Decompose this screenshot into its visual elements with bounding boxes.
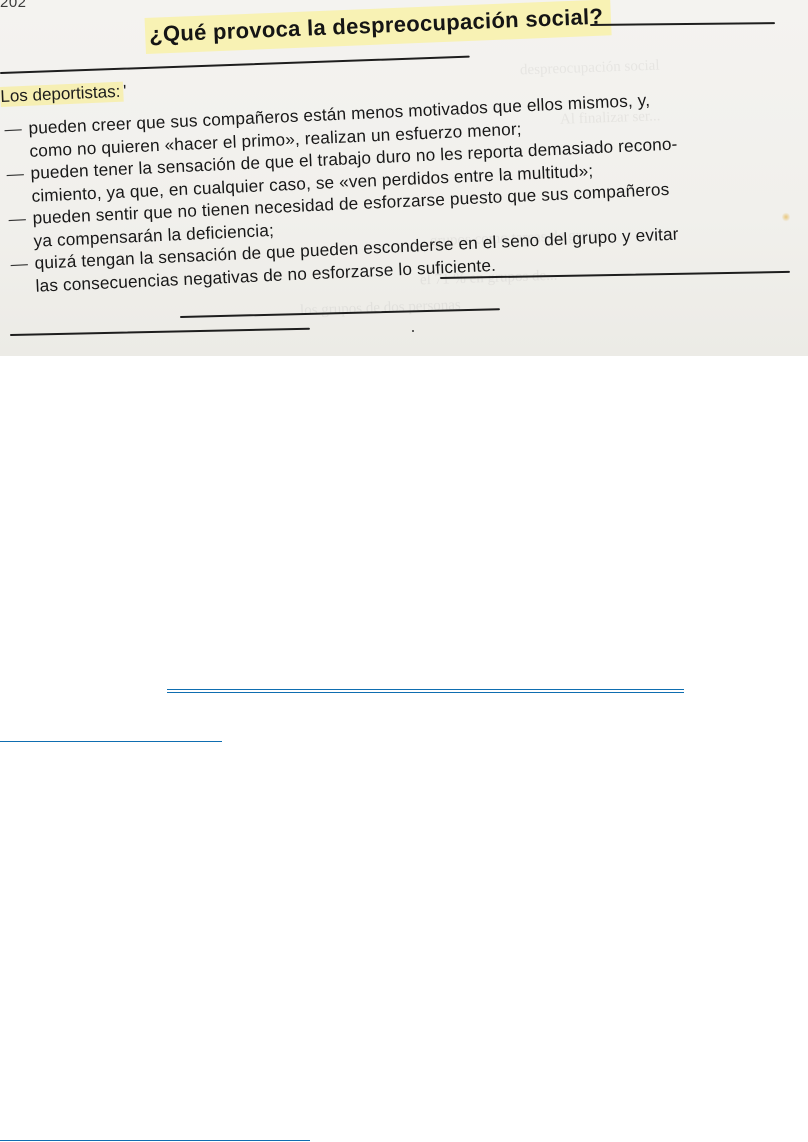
scanned-page-image: despreocupación social Al finalizar ser.… [0,0,808,356]
intro-mark: ' [123,81,130,101]
link-underline [167,692,684,693]
title-rule-right [590,22,775,25]
dash-bullet-icon: — [6,162,24,185]
bleed-through-text: los grupos de dos personas [300,297,461,320]
smudge [782,212,790,222]
intro-label: Los deportistas: [0,82,124,107]
bleed-through-text: despreocupación social [520,58,660,80]
dash-bullet-icon: — [8,207,26,230]
box-bottom-rule-left [10,328,310,336]
hyperlink-2[interactable] [0,741,222,747]
box-title: ¿Qué provoca la despreocupación social? [145,0,612,54]
box-bottom-rule-mid [180,308,500,317]
link-underline [0,1140,310,1141]
link-underline [167,689,684,690]
page-number: 202 [0,0,27,11]
title-rule [0,56,470,74]
reasons-list: —pueden creer que sus compañeros están m… [4,81,808,298]
dash-bullet-icon: — [10,252,28,275]
intro-text: Los deportistas:' [0,81,130,107]
dash-bullet-icon: — [4,117,22,140]
speck [412,330,414,332]
link-underline [0,741,222,742]
hyperlink-1[interactable] [167,689,684,695]
